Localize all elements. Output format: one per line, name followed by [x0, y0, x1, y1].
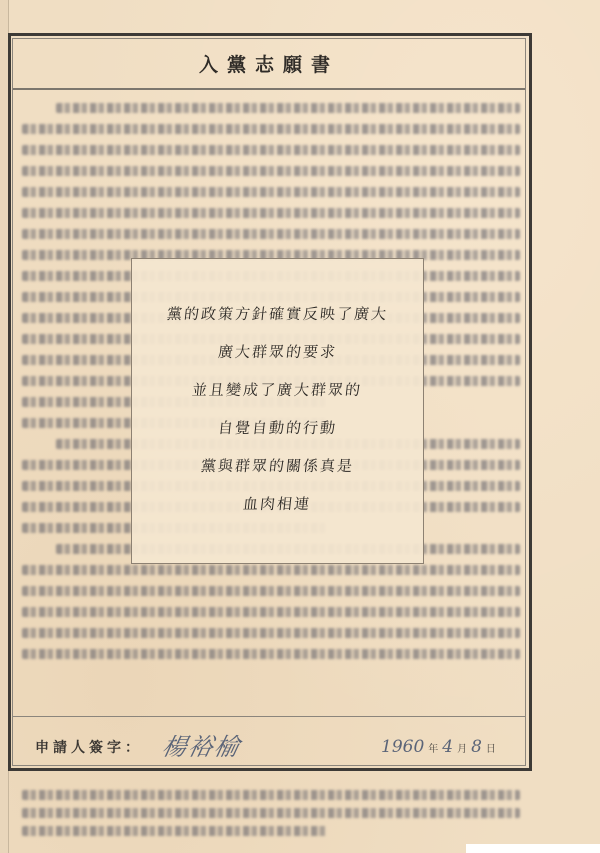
scanned-document-page: 入黨志願書 申請人簽字： 楊裕榆 1960 年 — [0, 0, 600, 853]
handwritten-excerpt-panel: 黨的政策方針確實反映了廣大 廣大群眾的要求 並且變成了廣大群眾的 自覺自動的行動… — [131, 258, 424, 564]
signature-label: 申請人簽字： — [35, 737, 143, 757]
handwritten-line: 並且變成了廣大群眾的 — [190, 371, 364, 409]
handwritten-line: 自覺自動的行動 — [216, 409, 339, 447]
handwritten-line: 廣大群眾的要求 — [216, 333, 339, 371]
handwritten-line: 血肉相連 — [241, 485, 313, 523]
text-line — [22, 628, 520, 638]
text-line — [22, 808, 520, 818]
date-year-unit: 年 — [428, 740, 438, 755]
date-year: 1960 — [381, 737, 424, 757]
form-header: 入黨志願書 — [13, 39, 525, 90]
applicant-signature: 楊裕榆 — [159, 727, 244, 762]
handwritten-line: 黨與群眾的關係真是 — [199, 447, 356, 485]
text-line — [22, 145, 520, 155]
text-line — [22, 124, 520, 134]
text-line — [56, 103, 520, 113]
blurred-text-below-frame — [16, 782, 526, 844]
text-line — [22, 607, 520, 617]
text-line — [22, 826, 328, 836]
date-month: 4 — [442, 737, 453, 757]
scan-corner-blank — [466, 844, 600, 853]
date-month-unit: 月 — [457, 740, 467, 755]
text-line — [22, 586, 520, 596]
date-day: 8 — [471, 737, 482, 757]
text-line — [22, 649, 520, 659]
text-line — [22, 565, 520, 575]
signature-row: 申請人簽字： 楊裕榆 1960 年 4 月 8 日 — [13, 716, 525, 769]
text-line — [22, 790, 520, 800]
handwritten-line: 黨的政策方針確實反映了廣大 — [165, 295, 390, 333]
text-line — [22, 187, 520, 197]
date-day-unit: 日 — [486, 740, 496, 755]
page-title: 入黨志願書 — [199, 50, 339, 77]
text-line — [22, 229, 520, 239]
signature-date: 1960 年 4 月 8 日 — [381, 737, 496, 757]
text-line — [22, 166, 520, 176]
text-line — [22, 208, 520, 218]
